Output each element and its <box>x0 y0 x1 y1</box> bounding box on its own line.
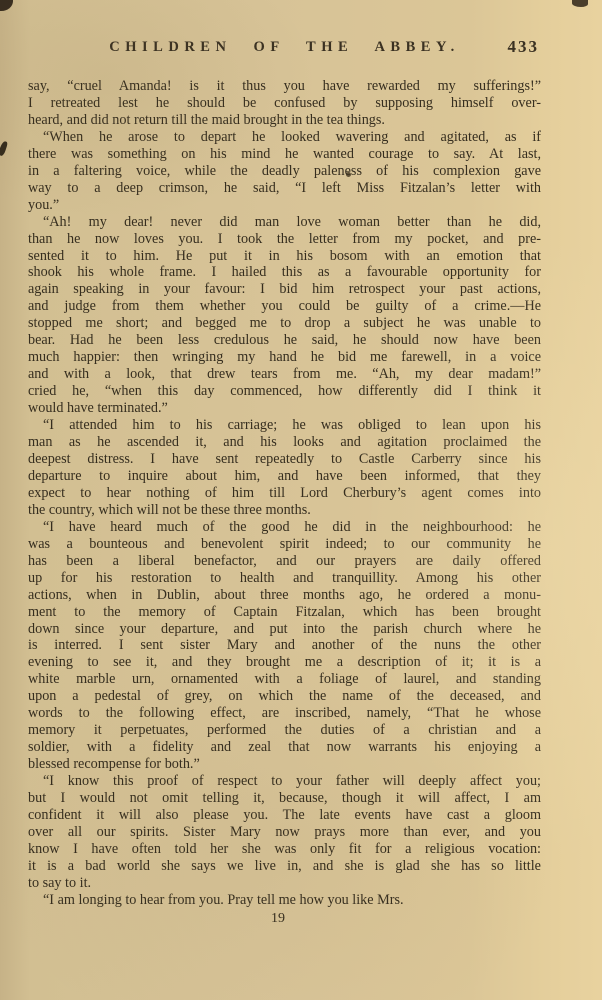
page-number: 433 <box>508 37 540 57</box>
text-line: memory it perpetuates, performed the dut… <box>28 722 541 739</box>
text-line: shook his whole frame. I hailed this as … <box>28 264 541 281</box>
text-line: know I have often told her she was only … <box>28 841 541 858</box>
text-line: way to a deep crimson, he said, “I left … <box>28 180 541 197</box>
text-line: up for his restoration to health and tra… <box>28 570 541 587</box>
text-line: has been a liberal benefactor, and our p… <box>28 553 541 570</box>
text-line: deepest distress. I have sent repeatedly… <box>28 451 541 468</box>
text-line: would have terminated.” <box>28 400 541 417</box>
page-header: CHILDREN OF THE ABBEY. 433 <box>28 39 541 61</box>
text-line: but I would not omit telling it, because… <box>28 790 541 807</box>
text-line: in a faltering voice, while the deadly p… <box>28 163 541 180</box>
text-line: ment to the memory of Captain Fitzalan, … <box>28 604 541 621</box>
text-line: the country, which will not be these thr… <box>28 502 541 519</box>
text-line: you.” <box>28 197 541 214</box>
text-line: than he now loves you. I took the letter… <box>28 231 541 248</box>
text-line: departure to inquire about him, and have… <box>28 468 541 485</box>
text-line: “I have heard much of the good he did in… <box>28 519 541 536</box>
text-line: cried he, “when this day commenced, how … <box>28 383 541 400</box>
text-line: man as he ascended it, and his looks and… <box>28 434 541 451</box>
text-line: upon a pedestal of grey, on which the na… <box>28 688 541 705</box>
text-line: soldier, with a fidelity and zeal that n… <box>28 739 541 756</box>
text-line: over all our spirits. Sister Mary now pr… <box>28 824 541 841</box>
text-line: actions, when in Dublin, about three mon… <box>28 587 541 604</box>
text-line: bear. Had he been less credulous he said… <box>28 332 541 349</box>
text-line: it is a bad world she says we live in, a… <box>28 858 541 875</box>
text-line: white marble urn, ornamented with a foli… <box>28 671 541 688</box>
running-title: CHILDREN OF THE ABBEY. <box>28 39 541 56</box>
text-line: is interred. I sent sister Mary and anot… <box>28 637 541 654</box>
text-line: stopped me short; and begged me to drop … <box>28 315 541 332</box>
text-line: heard, and did not return till the maid … <box>28 112 541 129</box>
text-line: expect to hear nothing of him till Lord … <box>28 485 541 502</box>
text-line: to say to it. <box>28 875 541 892</box>
text-line: I retreated lest he should be confused b… <box>28 95 541 112</box>
text-line: much happier: then wringing my hand he b… <box>28 349 541 366</box>
text-line: was a bounteous and benevolent spirit in… <box>28 536 541 553</box>
text-line: “I am longing to hear from you. Pray tel… <box>28 892 541 909</box>
text-line: blessed recompense for both.” <box>28 756 541 773</box>
text-line: there was something on his mind he wante… <box>28 146 541 163</box>
text-line: sented it to him. He put it in his bosom… <box>28 248 541 265</box>
text-line: say, “cruel Amanda! is it thus you have … <box>28 78 541 95</box>
text-line: evening to see it, and they brought me a… <box>28 654 541 671</box>
text-line: and with a look, that drew tears from me… <box>28 366 541 383</box>
text-line: “Ah! my dear! never did man love woman b… <box>28 214 541 231</box>
ink-smudge-left-margin <box>0 140 8 156</box>
text-line: “I know this proof of respect to your fa… <box>28 773 541 790</box>
text-line: and judge from them whether you could be… <box>28 298 541 315</box>
text-line: again speaking in your favour: I bid him… <box>28 281 541 298</box>
page-text-block: say, “cruel Amanda! is it thus you have … <box>28 78 541 909</box>
text-line: words to the following effect, are inscr… <box>28 705 541 722</box>
signature-mark: 19 <box>28 911 528 927</box>
text-line: confident it will also please you. The l… <box>28 807 541 824</box>
corner-shadow-top-left <box>0 0 13 11</box>
corner-shadow-top-right <box>572 0 588 7</box>
book-page: CHILDREN OF THE ABBEY. 433 say, “cruel A… <box>0 0 602 1000</box>
text-line: “When he arose to depart he looked waver… <box>28 129 541 146</box>
text-line: “I attended him to his carriage; he was … <box>28 417 541 434</box>
text-line: down since your departure, and put into … <box>28 621 541 638</box>
